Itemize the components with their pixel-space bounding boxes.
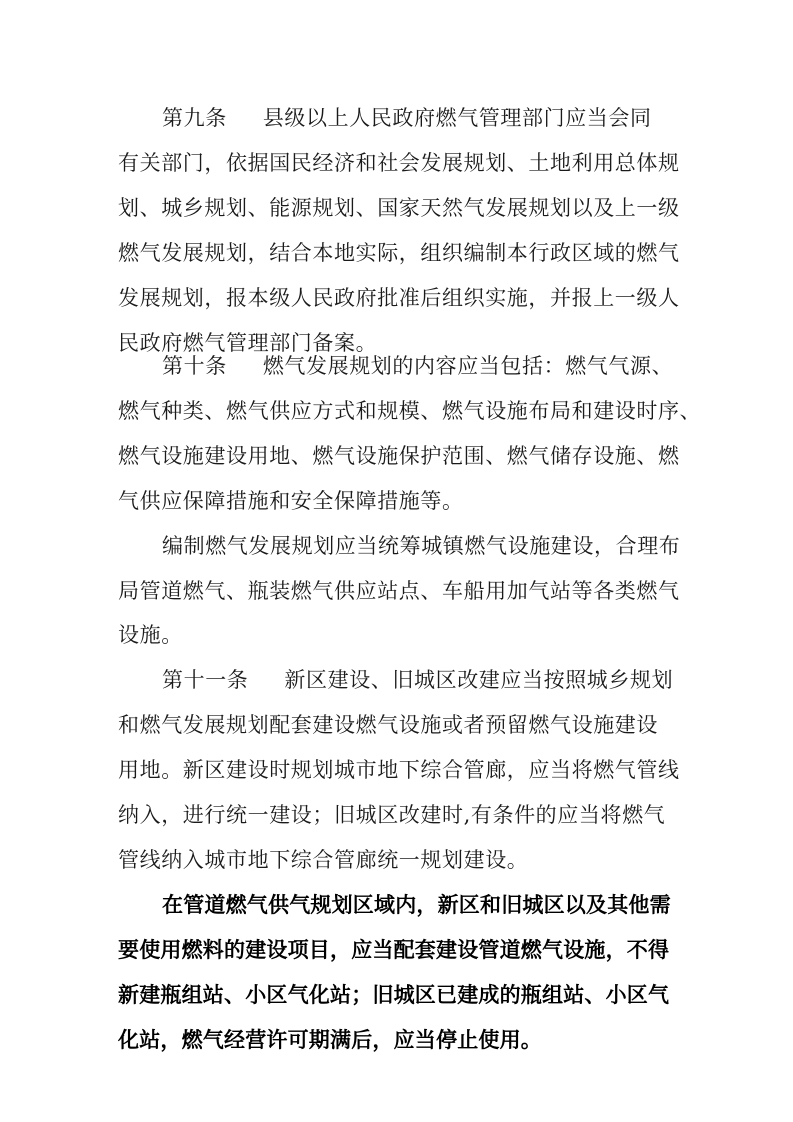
text-line: 发展规划，报本级人民政府批准后组织实施，并报上一级人 [118,283,688,313]
text-line: 设施。 [118,620,688,650]
bold-text-line: 化站，燃气经营许可期满后，应当停止使用。 [118,1025,688,1055]
text-line: 局管道燃气、瓶装燃气供应站点、车船用加气站等各类燃气 [118,576,688,606]
text-line: 燃气发展规划，结合本地实际，组织编制本行政区域的燃气 [118,238,688,268]
text-line: 有关部门，依据国民经济和社会发展规划、土地利用总体规 [118,148,688,178]
text-line: 编制燃气发展规划应当统筹城镇燃气设施建设，合理布 [162,531,688,561]
bold-text-line: 在管道燃气供气规划区域内，新区和旧城区以及其他需 [162,890,688,920]
text-line: 用地。新区建设时规划城市地下综合管廊，应当将燃气管线 [118,755,688,785]
text-line: 第九条县级以上人民政府燃气管理部门应当会同 [162,103,688,133]
text-line: 纳入，进行统一建设；旧城区改建时,有条件的应当将燃气 [118,800,688,830]
bold-text-line: 要使用燃料的建设项目，应当配套建设管道燃气设施，不得 [118,935,688,965]
text-line: 气供应保障措施和安全保障措施等。 [118,486,688,516]
article-number: 第九条 [162,103,227,133]
bold-text-line: 新建瓶组站、小区气化站；旧城区已建成的瓶组站、小区气 [118,980,688,1010]
text-line: 管线纳入城市地下综合管廊统一规划建设。 [118,845,688,875]
text-line: 和燃气发展规划配套建设燃气设施或者预留燃气设施建设 [118,710,688,740]
text-line: 第十一条新区建设、旧城区改建应当按照城乡规划 [162,665,688,695]
article-number: 第十一条 [162,665,248,695]
document-page: 第九条县级以上人民政府燃气管理部门应当会同 有关部门，依据国民经济和社会发展规划… [0,0,793,1122]
text-line: 第十条燃气发展规划的内容应当包括：燃气气源、 [162,351,688,381]
article-number: 第十条 [162,351,227,381]
text-line: 划、城乡规划、能源规划、国家天然气发展规划以及上一级 [118,193,688,223]
text-line: 燃气设施建设用地、燃气设施保护范围、燃气储存设施、燃 [118,441,688,471]
text-line: 燃气种类、燃气供应方式和规模、燃气设施布局和建设时序、 [118,396,688,426]
